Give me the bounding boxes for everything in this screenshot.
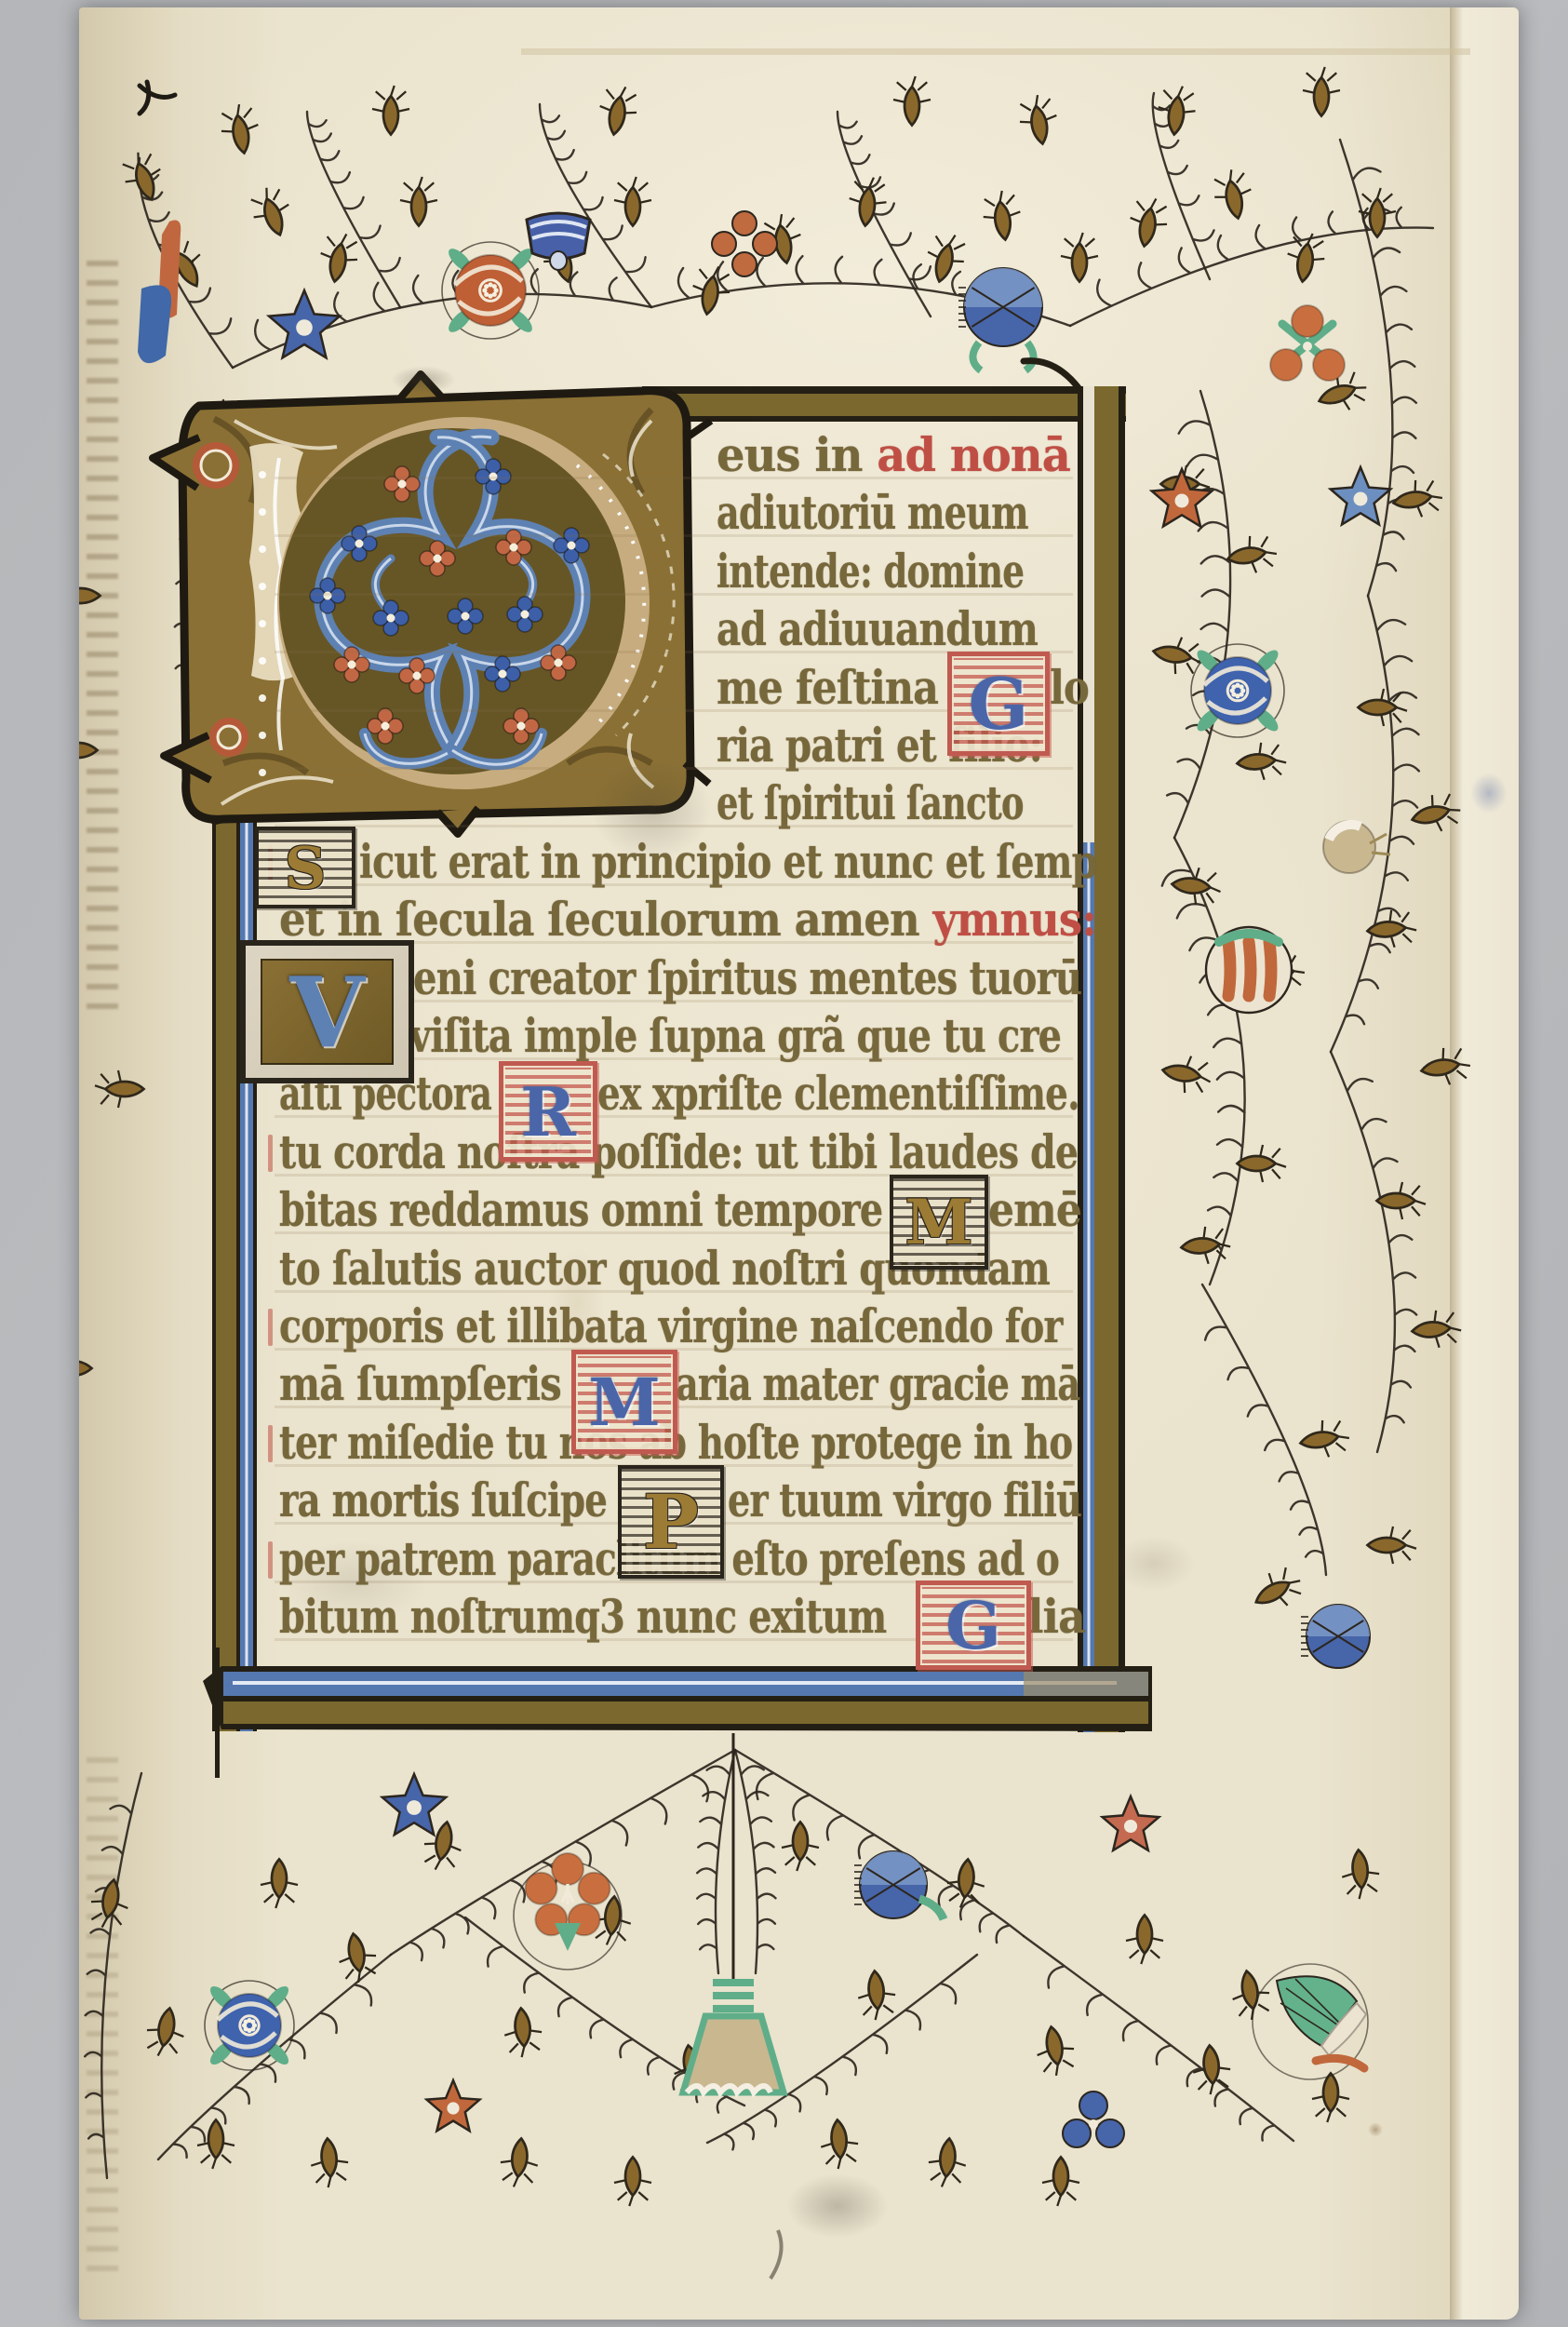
text-line-3: intende: domine [717,546,1024,597]
versal-initial-V-3: V [240,940,414,1083]
text-line-11: viſita imple ſupna grã que tu cre [409,1011,1061,1061]
body-text: eus in [717,427,877,482]
initial-letter: G [969,663,1029,746]
body-text: lo [1050,660,1089,715]
body-text: emē [988,1182,1081,1237]
initial-letter: R [520,1072,576,1151]
initial-letter: G [945,1587,1001,1664]
versal-initial-M-5: M [890,1175,988,1270]
body-text: icut erat in principio et nunc et ſemp [359,834,1096,889]
text-line-19: ra mortis ſuſcipe [279,1475,607,1526]
versal-initial-P-7: P [618,1465,724,1579]
text-line-19-cont: er tuum virgo filiū [728,1475,1081,1526]
text-line-8: icut erat in principio et nunc et ſemp [359,837,1096,887]
body-text: intende: domine [717,544,1024,599]
ruling-line [275,767,1073,770]
text-line-16: corporis et illibata virgine naſcendo fo… [279,1301,1063,1352]
versal-initial-G-1: G [947,652,1050,756]
ruling-line [275,1290,1073,1293]
body-text: corporis et illibata virgine naſcendo fo… [279,1298,1063,1353]
text-line-10: eni creator ſpiritus mentes tuorū [413,953,1081,1003]
versal-initial-M-6: M [571,1350,677,1454]
body-text: ra mortis ſuſcipe [279,1473,607,1527]
ruling-line [275,593,1073,596]
text-line-2: adiutoriū meum [717,488,1028,538]
body-text: aria mater gracie mā [676,1356,1079,1411]
rubric-text: ymnus: [933,892,1096,947]
red-linefiller-mark [268,1135,273,1172]
stain [1112,1536,1196,1592]
text-line-9: et in ſecula ſeculorum amen ymnus: [279,894,1096,945]
scanned-manuscript-photo: eus in ad nonāadiutoriū meumintende: dom… [0,0,1568,2327]
initial-letter: M [588,1364,661,1441]
initial-letter: V [289,955,365,1069]
text-line-5: me feſtina [717,663,938,713]
red-linefiller-mark [268,1309,273,1346]
ruling-line [275,883,1073,886]
text-line-14-cont: emē [988,1185,1081,1235]
versal-initial-S-2: S [255,827,355,908]
body-text: mā ſumpſeris [279,1356,561,1411]
body-text: eni creator ſpiritus mentes tuorū [413,950,1081,1005]
stain [786,2173,889,2239]
versal-initial-R-4: R [499,1061,597,1162]
red-linefiller-mark [268,1541,273,1579]
body-text: ad adiuuandum [717,601,1038,656]
body-text: et ſpiritui ſancto [717,775,1024,830]
text-line-14: bitas reddamus omni tempore [279,1185,882,1235]
stain [1470,773,1508,814]
text-line-4: ad adiuuandum [717,604,1038,654]
body-text: et in ſecula ſeculorum amen [279,892,933,947]
text-line-5-cont: lo [1050,663,1089,713]
text-line-1: eus in ad nonā [717,430,1070,480]
ruling-line [275,534,1073,537]
manuscript-leaf: eus in ad nonāadiutoriū meumintende: dom… [79,7,1519,2320]
versal-initial-G-8: G [916,1580,1031,1670]
body-text: adiutoriū meum [717,485,1028,540]
initial-letter: S [285,834,327,902]
ruling-line [275,825,1073,827]
stain [1368,2122,1383,2137]
body-text: viſita imple ſupna grã que tu cre [409,1008,1061,1063]
stain [391,366,456,394]
body-text: me feſtina [717,660,938,715]
text-line-21: bitum noſtrumq3 nunc exitum [279,1592,886,1642]
ruling-line [275,1115,1073,1118]
body-text: bitum noſtrumq3 nunc exitum [279,1589,886,1644]
text-block: eus in ad nonāadiutoriū meumintende: dom… [79,7,1519,2320]
text-line-12-cont: ex xpriſte clementiſſime. [597,1069,1079,1119]
text-line-7: et ſpiritui ſancto [717,778,1024,828]
initial-letter: M [905,1186,972,1258]
body-text: bitas reddamus omni tempore [279,1182,882,1237]
text-line-17-cont: aria mater gracie mā [676,1359,1079,1409]
initial-letter: P [643,1478,699,1566]
ruling-line [275,477,1073,479]
body-text: lia [1027,1589,1085,1644]
text-line-13: tu corda noſtra poſſide: ut tibi laudes … [279,1127,1078,1177]
body-text: tu corda noſtra poſſide: ut tibi laudes … [279,1124,1078,1179]
text-line-17: mā ſumpſeris [279,1359,561,1409]
body-text: ex xpriſte clementiſſime. [597,1066,1079,1121]
red-linefiller-mark [268,1425,273,1462]
rubric-text: ad nonā [877,427,1070,482]
body-text: er tuum virgo filiū [728,1473,1081,1527]
text-line-21-cont: lia [1027,1592,1085,1642]
